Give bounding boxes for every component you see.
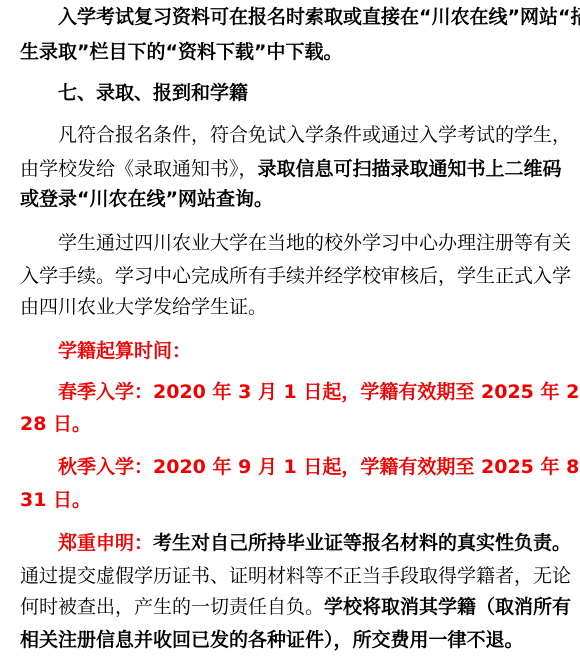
admission-line-2-bold: 录取信息可扫描录取通知书上二维码 xyxy=(258,158,562,180)
enrollment-start-title: 学籍起算时间： xyxy=(58,340,191,362)
review-materials-line-1: 入学考试复习资料可在报名时索取或直接在“川农在线”网站“招 xyxy=(58,6,580,28)
registration-line-2: 入学手续。学习中心完成所有手续并经学校审核后，学生正式入学 xyxy=(20,265,571,287)
admission-line-3: 或登录“川农在线”网站查询。 xyxy=(20,188,273,210)
section-heading: 七、录取、报到和学籍 xyxy=(58,82,248,104)
declaration-label: 郑重申明： xyxy=(58,532,153,554)
admission-line-1: 凡符合报名条件，符合免试入学条件或通过入学考试的学生， xyxy=(58,124,571,146)
declaration-line-3: 何时被查出，产生的一切责任自负。学校将取消其学籍（取消所有 xyxy=(20,596,571,618)
declaration-line-3-bold: 学校将取消其学籍（取消所有 xyxy=(324,596,571,618)
spring-enrollment-line-2: 28 日。 xyxy=(20,413,91,435)
declaration-line-2: 通过提交虚假学历证书、证明材料等不正当手段取得学籍者，无论 xyxy=(20,565,571,587)
declaration-line-1-bold: 考生对自己所持毕业证等报名材料的真实性负责。 xyxy=(153,532,571,554)
review-materials-line-2: 生录取”栏目下的“资料下载”中下载。 xyxy=(20,41,342,63)
admission-line-2-normal: 由学校发给《录取通知书》， xyxy=(20,158,258,180)
registration-line-1: 学生通过四川农业大学在当地的校外学习中心办理注册等有关 xyxy=(58,232,571,254)
autumn-enrollment-line-1: 秋季入学：2020 年 9 月 1 日起，学籍有效期至 2025 年 8 月 xyxy=(58,456,580,478)
document-page: 入学考试复习资料可在报名时索取或直接在“川农在线”网站“招 生录取”栏目下的“资… xyxy=(0,0,580,660)
declaration-line-1: 郑重申明：考生对自己所持毕业证等报名材料的真实性负责。 xyxy=(58,532,571,554)
admission-line-2: 由学校发给《录取通知书》，录取信息可扫描录取通知书上二维码 xyxy=(20,158,562,180)
declaration-line-3-normal: 何时被查出，产生的一切责任自负。 xyxy=(20,596,324,618)
autumn-enrollment-line-2: 31 日。 xyxy=(20,489,91,511)
declaration-line-4: 相关注册信息并收回已发的各种证件），所交费用一律不退。 xyxy=(20,629,524,651)
spring-enrollment-line-1: 春季入学：2020 年 3 月 1 日起，学籍有效期至 2025 年 2 月 xyxy=(58,381,580,403)
registration-line-3: 由四川农业大学发给学生证。 xyxy=(20,296,267,318)
